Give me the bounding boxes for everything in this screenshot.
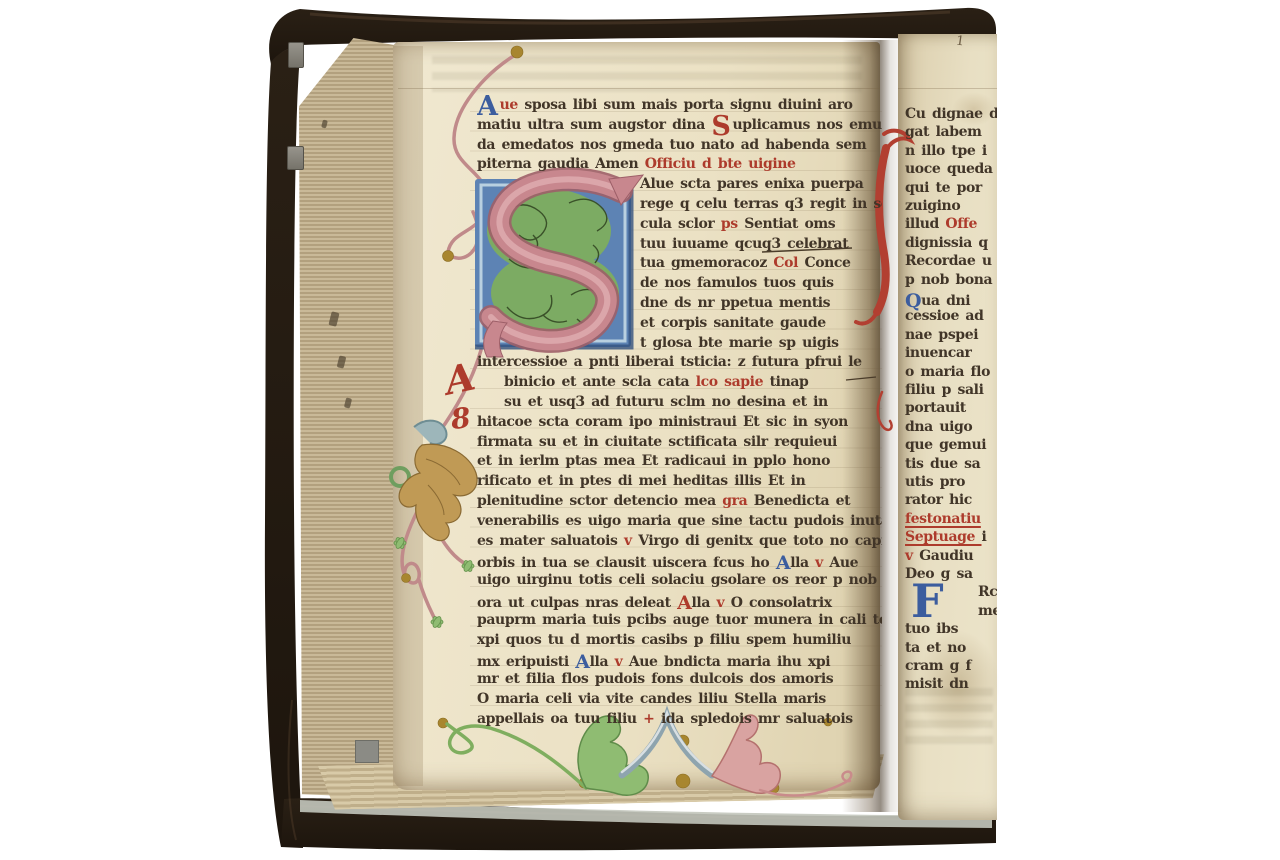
gray-bookmark-tab	[355, 740, 379, 763]
blue-gray-peak	[622, 716, 712, 775]
illumination-layer	[0, 0, 1280, 860]
red-initial-I-swash	[856, 131, 910, 430]
manuscript-photo: Aue sposa libi sum mais porta signu diui…	[0, 0, 1280, 860]
gold-acanthus-leaf	[391, 421, 477, 541]
metal-clasp-remnant	[288, 42, 304, 68]
bottom-green-stem	[447, 724, 586, 788]
metal-clasp-remnant	[287, 146, 304, 170]
foliate-initial-S	[475, 175, 643, 357]
bottom-pink-acanthus	[712, 715, 780, 793]
margin-line	[846, 377, 876, 380]
blue-initial-F: F	[911, 578, 944, 624]
bottom-green-acanthus	[578, 716, 648, 795]
red-figure-eight-flourish: 8	[449, 401, 472, 436]
rubric-underline	[762, 248, 852, 252]
bottom-ornament	[447, 713, 851, 796]
